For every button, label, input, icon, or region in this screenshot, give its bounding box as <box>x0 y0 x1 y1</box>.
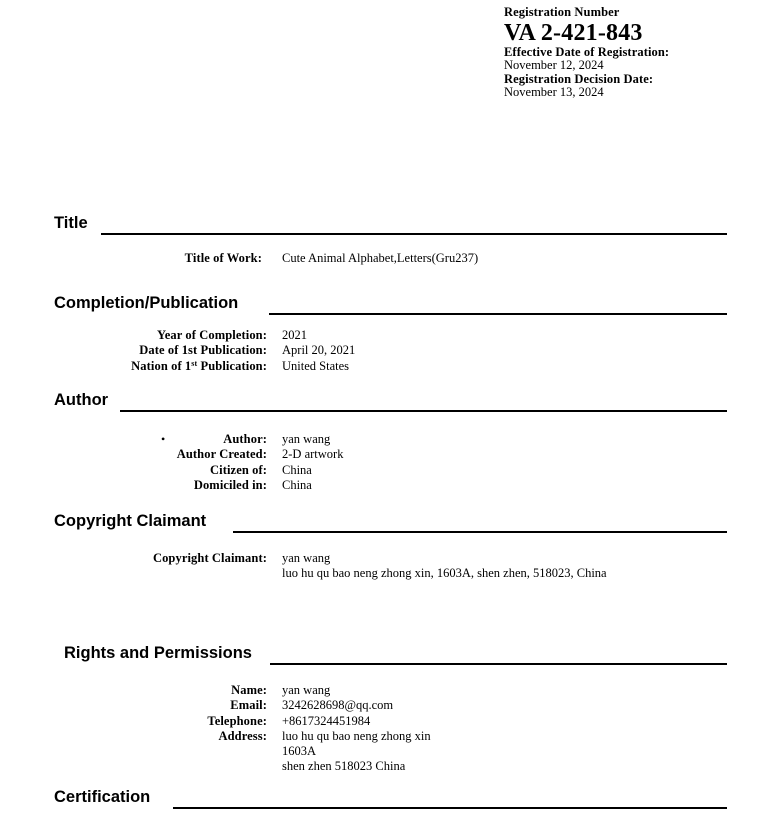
field-value: China <box>282 463 312 478</box>
field-row: Email: 3242628698@qq.com <box>0 698 779 713</box>
bullet-icon: • <box>161 432 165 447</box>
section-rule <box>173 807 727 809</box>
field-row: Telephone: +8617324451984 <box>0 714 779 729</box>
section-author: Author <box>0 391 779 415</box>
field-label-superscript: st <box>191 359 197 368</box>
field-row: Address: luo hu qu bao neng zhong xin <box>0 729 779 744</box>
registration-block: Registration Number VA 2-421-843 Effecti… <box>504 6 669 100</box>
field-label: Copyright Claimant: <box>153 551 267 566</box>
field-row: Copyright Claimant: yan wang <box>0 551 779 566</box>
field-row: Author Created: 2-D artwork <box>0 447 779 462</box>
field-value: 2-D artwork <box>282 447 343 462</box>
field-row: • Author: yan wang <box>0 432 779 447</box>
section-heading-certification: Certification <box>54 788 150 807</box>
field-value-address-line2: 1603A <box>282 744 316 759</box>
field-value: +8617324451984 <box>282 714 370 729</box>
field-row: Title of Work: Cute Animal Alphabet,Lett… <box>0 251 779 266</box>
field-label: Telephone: <box>207 714 267 729</box>
section-rule <box>233 531 727 533</box>
field-value-address: luo hu qu bao neng zhong xin, 1603A, she… <box>282 566 607 581</box>
field-label-suffix: Publication: <box>197 359 267 373</box>
completion-fields: Year of Completion: 2021 Date of 1st Pub… <box>0 328 779 374</box>
field-row: luo hu qu bao neng zhong xin, 1603A, she… <box>0 566 779 581</box>
email-link[interactable]: 3242628698@qq.com <box>282 698 393 713</box>
field-value: United States <box>282 359 349 374</box>
field-row: Year of Completion: 2021 <box>0 328 779 343</box>
field-row: Name: yan wang <box>0 683 779 698</box>
field-label-prefix: Nation of 1 <box>131 359 191 373</box>
field-label: Name: <box>231 683 267 698</box>
registration-number: VA 2-421-843 <box>504 21 669 45</box>
field-row: Nation of 1st Publication: United States <box>0 359 779 374</box>
field-value: Cute Animal Alphabet,Letters(Gru237) <box>282 251 478 266</box>
field-value-address-line3: shen zhen 518023 China <box>282 759 405 774</box>
section-rule <box>270 663 727 665</box>
section-rule <box>101 233 727 235</box>
field-label: Email: <box>230 698 267 713</box>
field-value: yan wang <box>282 432 330 447</box>
field-label: Year of Completion: <box>157 328 267 343</box>
author-fields: • Author: yan wang Author Created: 2-D a… <box>0 432 779 493</box>
field-value: yan wang <box>282 683 330 698</box>
field-label: Address: <box>219 729 268 744</box>
decision-date-label: Registration Decision Date: <box>504 73 669 86</box>
field-label: Citizen of: <box>210 463 267 478</box>
rights-fields: Name: yan wang Email: 3242628698@qq.com … <box>0 683 779 775</box>
field-label: Author Created: <box>177 447 267 462</box>
field-value: April 20, 2021 <box>282 343 355 358</box>
section-completion: Completion/Publication <box>0 294 779 318</box>
effective-date-label: Effective Date of Registration: <box>504 46 669 59</box>
field-value: China <box>282 478 312 493</box>
section-heading-completion: Completion/Publication <box>54 294 238 313</box>
field-row: 1603A <box>0 744 779 759</box>
field-row: Date of 1st Publication: April 20, 2021 <box>0 343 779 358</box>
section-heading-title: Title <box>54 214 88 233</box>
field-row: shen zhen 518023 China <box>0 759 779 774</box>
section-heading-author: Author <box>54 391 108 410</box>
section-heading-rights: Rights and Permissions <box>64 644 252 663</box>
section-claimant: Copyright Claimant <box>0 512 779 536</box>
effective-date: November 12, 2024 <box>504 59 669 72</box>
decision-date: November 13, 2024 <box>504 86 669 99</box>
field-label: Domiciled in: <box>194 478 267 493</box>
field-label: Title of Work: <box>185 251 262 266</box>
claimant-fields: Copyright Claimant: yan wang luo hu qu b… <box>0 551 779 582</box>
section-rule <box>120 410 727 412</box>
section-title: Title <box>0 214 779 238</box>
field-value: 2021 <box>282 328 307 343</box>
registration-number-label: Registration Number <box>504 6 669 19</box>
field-row: Citizen of: China <box>0 463 779 478</box>
field-value: luo hu qu bao neng zhong xin <box>282 729 431 744</box>
title-fields: Title of Work: Cute Animal Alphabet,Lett… <box>0 251 779 266</box>
section-rights: Rights and Permissions <box>0 644 779 668</box>
section-certification: Certification <box>0 788 779 812</box>
field-value: yan wang <box>282 551 330 566</box>
field-label: Date of 1st Publication: <box>139 343 267 358</box>
field-row: Domiciled in: China <box>0 478 779 493</box>
section-rule <box>269 313 727 315</box>
section-heading-claimant: Copyright Claimant <box>54 512 206 531</box>
field-label: Author: <box>223 432 267 447</box>
field-label: Nation of 1st Publication: <box>131 359 267 374</box>
